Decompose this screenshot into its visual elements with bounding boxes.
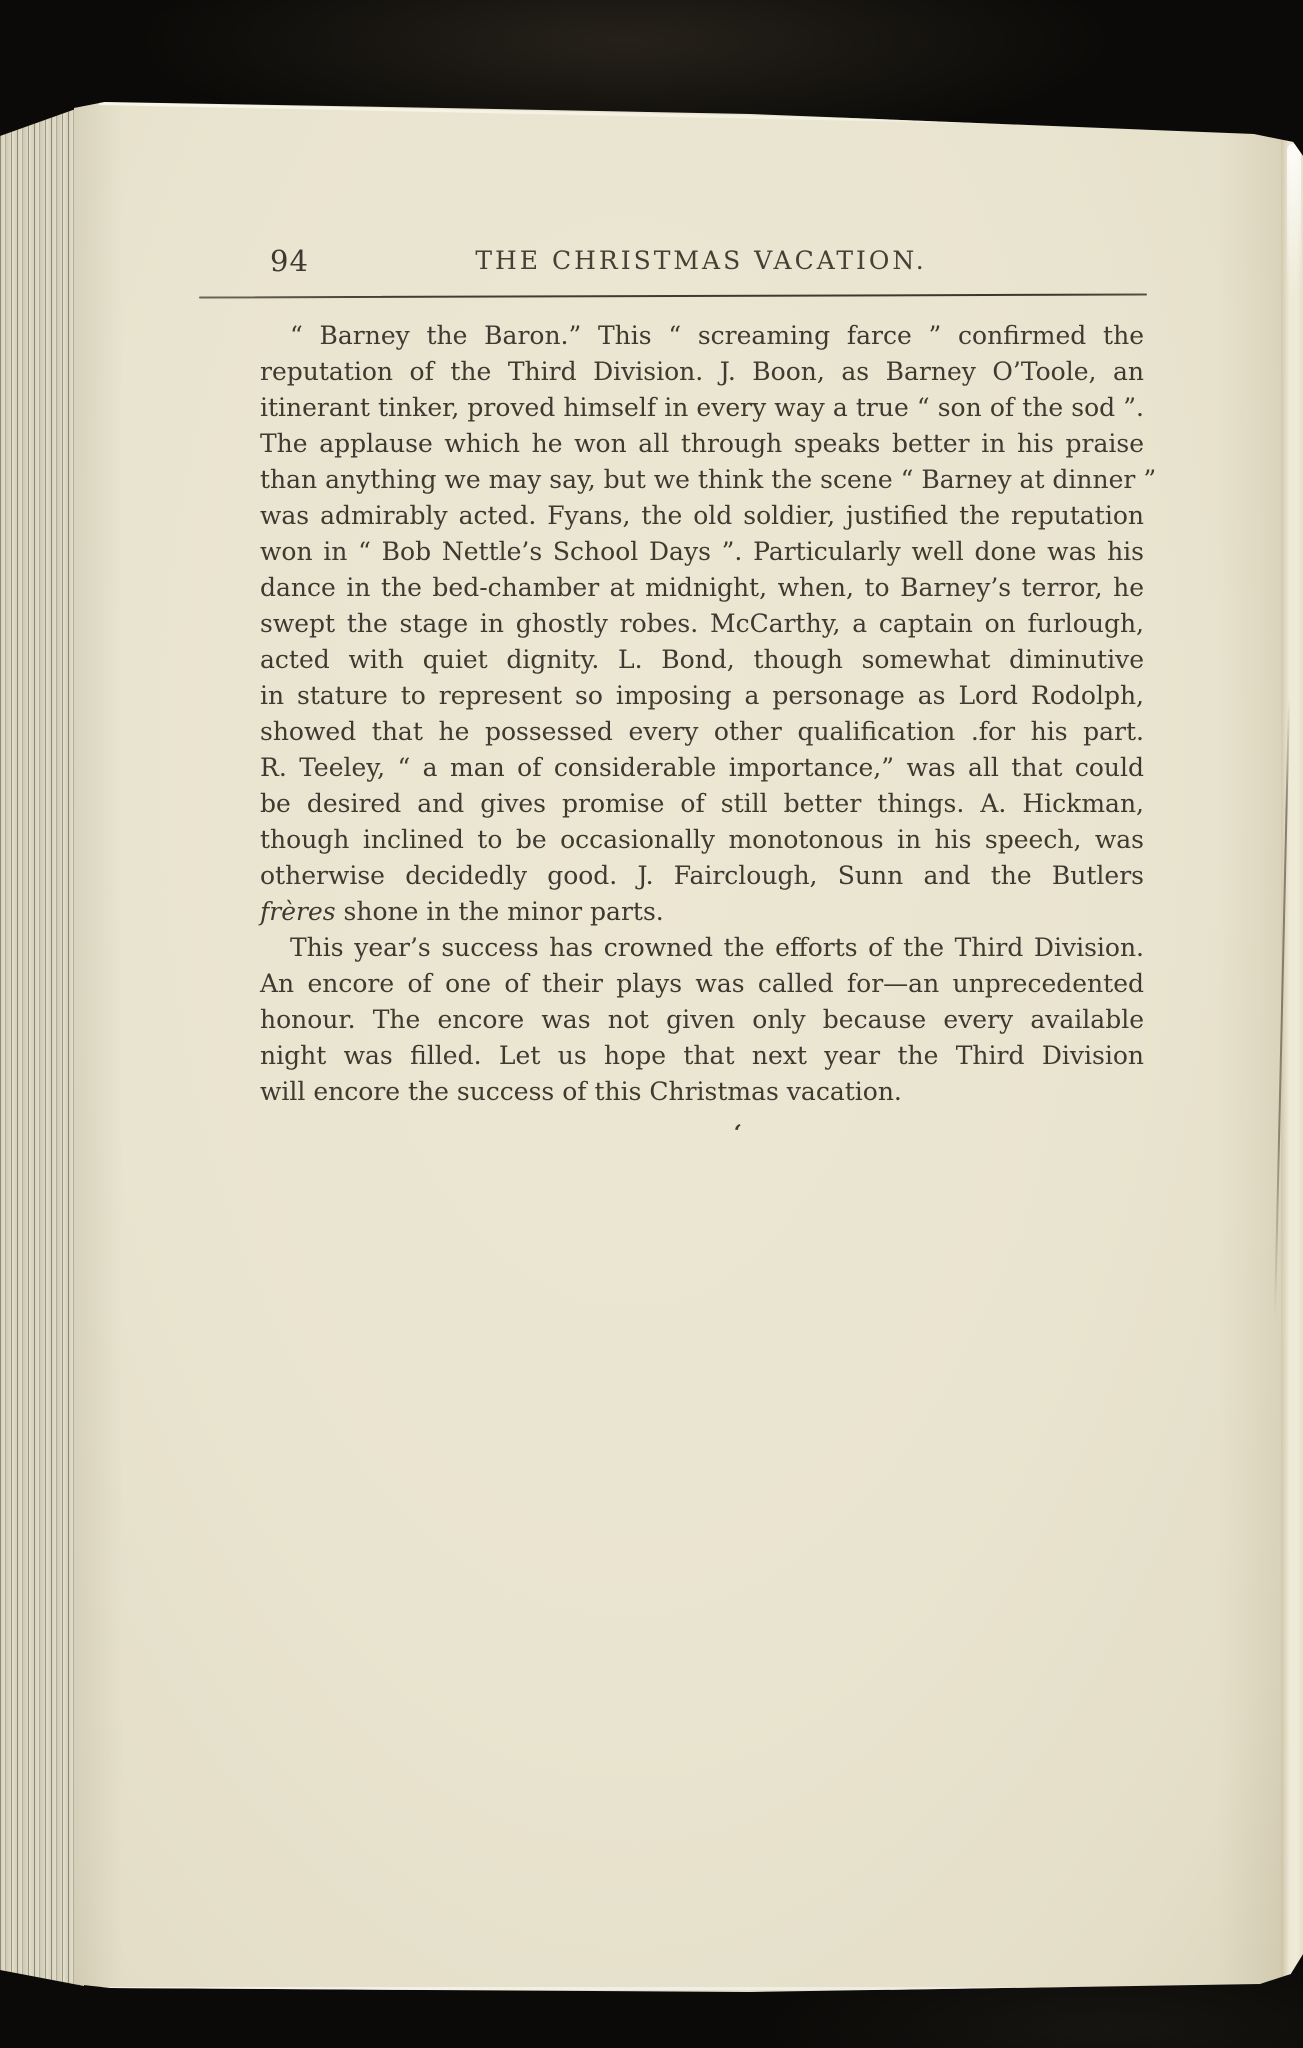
text-line: was admirably acted. Fyans, the old sold… bbox=[260, 498, 1144, 534]
text-line: The applause which he won all through sp… bbox=[260, 426, 1144, 462]
book-page-edges-left bbox=[0, 106, 84, 1996]
text-line: acted with quiet dignity. L. Bond, thoug… bbox=[260, 642, 1144, 678]
text-line: showed that he possessed every other qua… bbox=[260, 714, 1144, 750]
text-line: won in “ Bob Nettle’s School Days ”. Par… bbox=[260, 534, 1144, 570]
text-line: night was filled. Let us hope that next … bbox=[260, 1038, 1144, 1074]
text-line: “ Barney the Baron.” This “ screaming fa… bbox=[260, 318, 1144, 354]
book-page: 94 THE CHRISTMAS VACATION. “ Barney the … bbox=[74, 98, 1303, 1998]
text-line: R. Teeley, “ a man of considerable impor… bbox=[260, 750, 1144, 786]
text-line: reputation of the Third Division. J. Boo… bbox=[260, 354, 1144, 390]
text-line: honour. The encore was not given only be… bbox=[260, 1002, 1144, 1038]
text-line: be desired and gives promise of still be… bbox=[260, 786, 1144, 822]
text-line: dance in the bed-chamber at midnight, wh… bbox=[260, 570, 1144, 606]
text-line: frères shone in the minor parts. bbox=[260, 894, 1144, 930]
running-header: THE CHRISTMAS VACATION. bbox=[260, 246, 1142, 275]
stray-ink-mark: ʻ bbox=[731, 1120, 742, 1147]
text-line: swept the stage in ghostly robes. McCart… bbox=[260, 606, 1144, 642]
text-line: This year’s success has crowned the effo… bbox=[260, 930, 1144, 966]
text-line: otherwise decidedly good. J. Fairclough,… bbox=[260, 858, 1144, 894]
header-rule bbox=[199, 294, 1147, 299]
text-line: though inclined to be occasionally monot… bbox=[260, 822, 1144, 858]
text-line: than anything we may say, but we think t… bbox=[260, 462, 1144, 498]
text-line: will encore the success of this Christma… bbox=[260, 1074, 1144, 1110]
page-text: “ Barney the Baron.” This “ screaming fa… bbox=[260, 318, 1144, 1110]
facing-page-edge bbox=[1281, 138, 1303, 1978]
page-edge-glint bbox=[1287, 144, 1301, 294]
text-line: An encore of one of their plays was call… bbox=[260, 966, 1144, 1002]
text-line: in stature to represent so imposing a pe… bbox=[260, 678, 1144, 714]
text-line: itinerant tinker, proved himself in ever… bbox=[260, 390, 1144, 426]
italic-word: frères bbox=[260, 897, 336, 926]
